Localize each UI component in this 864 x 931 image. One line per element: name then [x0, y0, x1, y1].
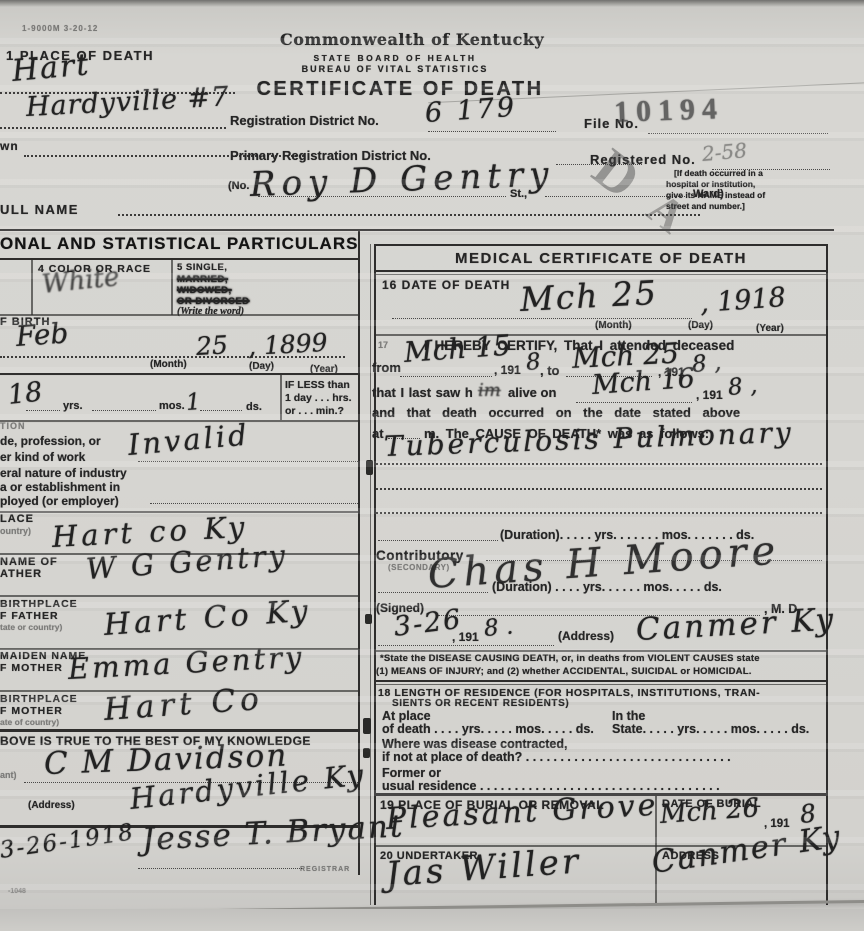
age-yrs-label: yrs.	[63, 400, 83, 412]
commonwealth-header: Commonwealth of Kentucky	[280, 30, 510, 49]
father-birthplace-handwritten: Hart Co Ky	[103, 594, 313, 643]
town-label-fragment: wn	[0, 139, 19, 153]
month-label: (Month)	[150, 359, 187, 370]
dotted-line	[392, 318, 692, 319]
from-year-print: , 191	[494, 363, 521, 377]
corner-print-fragment: -1048	[8, 888, 26, 895]
registrar-label: REGISTRAR	[300, 866, 350, 873]
cell-divider	[31, 258, 33, 315]
last-saw-label: that I last saw h	[372, 385, 473, 400]
primary-district-label: Primary Registration District No.	[230, 148, 431, 163]
disease-contracted-line: Where was disease contracted,	[382, 737, 568, 751]
dotted-line	[138, 461, 358, 462]
print-order-note: 1-9000M 3-20-12	[22, 24, 98, 33]
occupation-line: a or establishment in	[0, 480, 120, 494]
physician-address-handwritten: Canmer Ky	[635, 602, 837, 648]
residence-label-line: SIENTS OR RECENT RESIDENTS)	[392, 698, 569, 709]
birth-year-handwritten: , 1899	[247, 328, 328, 361]
scan-edge-shadow	[0, 0, 864, 7]
date-of-death-label: 16 DATE OF DEATH	[382, 278, 510, 292]
dotted-line	[138, 868, 302, 869]
scan-background	[0, 909, 864, 931]
column-divider	[374, 244, 376, 905]
if-less-line: or . . . min.?	[285, 405, 344, 417]
county-handwritten: Hart	[10, 47, 91, 89]
dotted-line	[200, 410, 242, 411]
full-name-label-fragment: ULL NAME	[0, 202, 79, 217]
informant-address-label: (Address)	[28, 800, 75, 811]
dotted-line	[376, 463, 822, 465]
at-place-label: At place	[382, 709, 431, 723]
age-mos-label: mos.	[159, 400, 185, 412]
day-label: (Day)	[249, 361, 274, 372]
occupation-label-fragment: TION	[0, 421, 26, 431]
birthplace-hint-fragment: ountry)	[0, 526, 31, 536]
father-name-label-fragment: ATHER	[0, 568, 42, 580]
rule-line	[374, 244, 828, 246]
marital-option-struck: MARRIED,	[177, 274, 228, 285]
state-duration-line: State. . . . . yrs. . . . . mos. . . . .…	[612, 722, 809, 736]
street-no-label: (No.	[228, 180, 249, 192]
cell-divider	[280, 375, 282, 420]
mother-name-handwritten: Emma Gentry	[67, 640, 305, 686]
occupation-line: ployed (or employer)	[0, 494, 119, 508]
mother-birthplace-hint: ate of country)	[0, 717, 59, 727]
disease-contracted-line: if not at place of death? . . . . . . . …	[382, 750, 731, 764]
dotted-line	[92, 410, 156, 411]
rule-line	[0, 314, 358, 316]
registration-district-label: Registration District No.	[230, 113, 379, 128]
rule-line	[0, 373, 358, 375]
dotted-line	[576, 402, 692, 403]
of-death-duration-line: of death . . . . yrs. . . . . mos. . . .…	[382, 722, 594, 736]
informant-label-fragment: ant)	[0, 770, 17, 780]
occupation-line: eral nature of industry	[0, 466, 127, 480]
mother-birthplace-label-fragment: F MOTHER	[0, 705, 63, 717]
cause-of-death-handwritten: Tuberculosis Pulmonary	[383, 416, 794, 463]
mother-birthplace-label: BIRTHPLACE	[0, 693, 78, 705]
if-less-line: 1 day . . . hrs.	[285, 392, 352, 404]
father-name-label: NAME OF	[0, 556, 58, 568]
rule-line	[0, 511, 358, 513]
state-board-header: STATE BOARD OF HEALTH	[280, 53, 510, 63]
rule-line	[374, 270, 828, 272]
to-year-digit-handwritten: 8 ,	[691, 349, 722, 377]
sign-year-digit-handwritten: 8 .	[483, 613, 514, 641]
personal-section-header-fragment: ONAL AND STATISTICAL PARTICULARS	[0, 234, 358, 254]
sign-year-print: , 191	[452, 630, 479, 644]
registrar-signature: Jesse T. Bryant	[141, 808, 405, 858]
last-saw-year-digit-handwritten: 8 ,	[727, 372, 758, 400]
overstamp-letter: D	[581, 136, 652, 211]
rule-line	[0, 729, 358, 732]
father-birthplace-label: BIRTHPLACE	[0, 598, 78, 610]
in-the-label: In the	[612, 709, 645, 723]
occupation-handwritten: Invalid	[127, 417, 251, 461]
column-divider	[826, 244, 828, 905]
bureau-header: BUREAU OF VITAL STATISTICS	[280, 64, 510, 74]
occupation-line: de, profession, or	[0, 434, 101, 448]
registration-district-handwritten: 6 179	[424, 92, 518, 129]
rule-line	[374, 684, 828, 685]
last-saw-date-handwritten: Mch 16	[591, 363, 696, 401]
ink-mark	[365, 614, 372, 624]
ink-mark	[366, 460, 373, 475]
dotted-line	[378, 540, 498, 541]
item-17-number: 17	[378, 340, 388, 350]
footnote-line: (1) MEANS OF INJURY; and (2) whether ACC…	[376, 666, 752, 677]
dotted-line	[118, 214, 700, 216]
dotted-line	[150, 503, 358, 504]
year-label: (Year)	[756, 323, 784, 334]
dotted-line	[26, 410, 60, 411]
alive-on-label: alive on	[508, 385, 556, 400]
mother-birthplace-handwritten: Hart Co	[103, 681, 265, 728]
date-of-death-year-handwritten: , 1918	[699, 282, 787, 319]
father-birthplace-hint: tate or country)	[0, 622, 62, 632]
marital-option-struck: WIDOWED,	[177, 285, 232, 296]
dotted-line	[376, 512, 822, 514]
medical-certificate-title: MEDICAL CERTIFICATE OF DEATH	[374, 250, 828, 267]
mother-maiden-label-fragment: F MOTHER	[0, 662, 63, 674]
rule-line	[374, 650, 828, 652]
rule-line	[374, 680, 828, 682]
rule-line	[0, 258, 360, 260]
physician-address-label: (Address)	[558, 629, 614, 643]
rule-line	[0, 420, 358, 422]
institution-note-line: hospital or institution,	[666, 179, 755, 189]
death-certificate-scan: 1-9000M 3-20-12 1 PLACE OF DEATH Hart Ha…	[0, 0, 864, 931]
him-her-scribble: im	[478, 380, 501, 401]
age-days-handwritten: 1	[185, 389, 201, 416]
month-label: (Month)	[595, 320, 632, 331]
dotted-line	[428, 131, 556, 132]
age-years-handwritten: 18	[6, 376, 43, 410]
birth-day-handwritten: 25	[195, 330, 228, 361]
death-occurred-statement: and that death occurred on the date stat…	[372, 405, 740, 420]
ink-mark	[363, 718, 371, 734]
precinct-handwritten: Hardyville #7	[25, 81, 230, 123]
last-saw-year-print: , 191	[696, 388, 723, 402]
dotted-line	[648, 133, 828, 134]
file-number-stamp: 10194	[613, 92, 724, 130]
marital-label: 5 SINGLE,	[177, 262, 227, 273]
occupation-line: er kind of work	[0, 450, 85, 464]
to-label: , to	[540, 363, 560, 378]
at-label: at	[372, 426, 384, 441]
former-residence-line: usual residence . . . . . . . . . . . . …	[382, 779, 720, 793]
former-residence-line: Former or	[382, 766, 441, 780]
rule-line	[0, 229, 834, 231]
age-ds-label: ds.	[246, 401, 262, 413]
dotted-line	[0, 127, 226, 129]
birth-month-handwritten: Feb	[15, 316, 70, 353]
institution-note-line: [If death occurred in a	[674, 168, 763, 178]
father-birthplace-label-fragment: F FATHER	[0, 610, 59, 622]
column-divider	[370, 244, 371, 905]
day-label: (Day)	[688, 320, 713, 331]
birthplace-label-fragment: LACE	[0, 513, 34, 525]
dotted-line	[378, 645, 554, 646]
footnote-line: *State the DISEASE CAUSING DEATH, or, in…	[380, 653, 760, 664]
from-label: from	[372, 360, 401, 375]
date-of-death-handwritten: Mch 25	[519, 273, 659, 319]
if-less-line: IF LESS than	[285, 379, 350, 391]
cell-divider	[171, 258, 173, 315]
burial-date-handwritten: Mch 26	[659, 793, 760, 830]
dotted-line	[400, 376, 492, 377]
dotted-line	[376, 488, 822, 490]
registered-no-handwritten: 2-58	[701, 138, 748, 166]
